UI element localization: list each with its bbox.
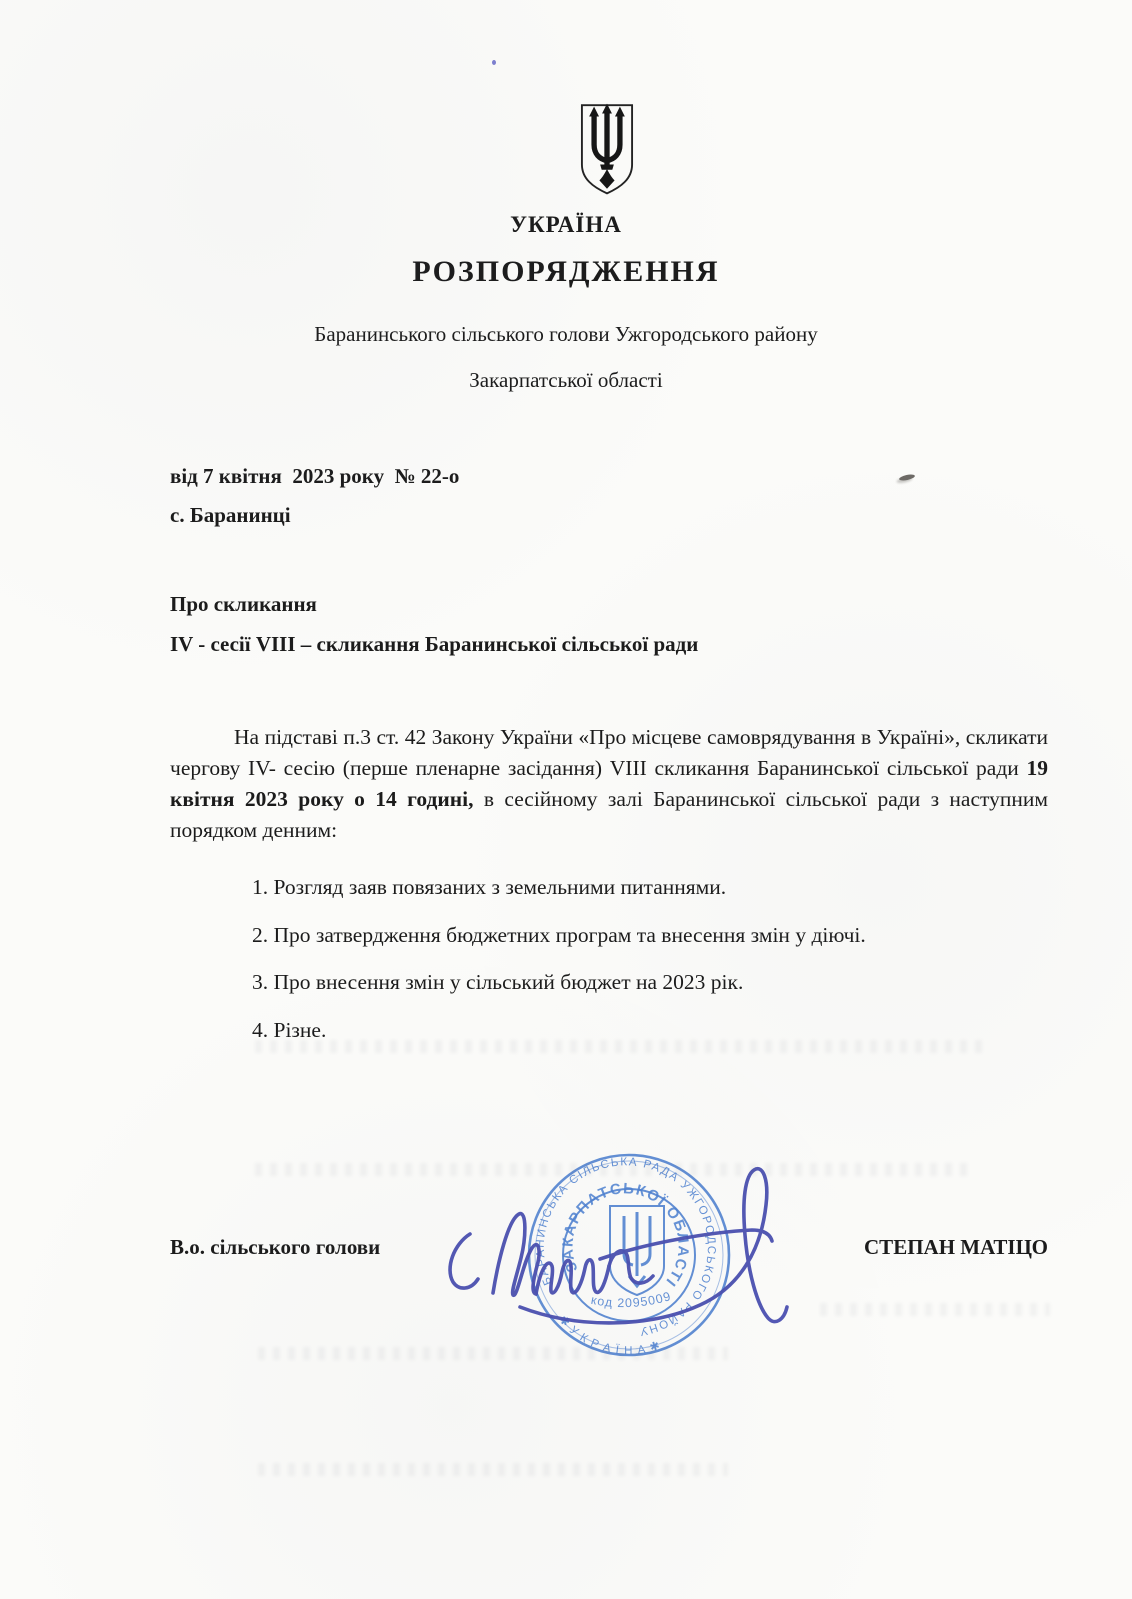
official-round-stamp-and-signature: БАРАНИНСЬКА СІЛЬСЬКА РАДА УЖГОРОДСЬКОГО … bbox=[400, 1125, 820, 1415]
agenda-item: 3. Про внесення змін у сільський бюджет … bbox=[252, 967, 866, 998]
scanned-document-page: УКРАЇНА РОЗПОРЯДЖЕННЯ Баранинського сіль… bbox=[0, 0, 1132, 1599]
agenda-item: 1. Розгляд заяв повязаних з земельними п… bbox=[252, 872, 866, 903]
signer-position-label: В.о. сільського голови bbox=[170, 1235, 380, 1260]
document-type-title: РОЗПОРЯДЖЕННЯ bbox=[0, 255, 1132, 289]
place-line: с. Баранинці bbox=[170, 503, 291, 528]
subject-line-2: ІV - сесії VIII – скликання Баранинської… bbox=[170, 632, 698, 657]
issuer-line-2: Закарпатської області bbox=[0, 368, 1132, 393]
date-and-number-line: від 7 квітня 2023 року № 22-о bbox=[170, 464, 459, 489]
ink-speck-artifact bbox=[492, 60, 496, 65]
agenda-list: 1. Розгляд заяв повязаних з земельними п… bbox=[252, 872, 866, 1062]
paragraph-text: На підставі п.3 ст. 42 Закону України «П… bbox=[170, 725, 1048, 780]
country-title: УКРАЇНА bbox=[0, 212, 1132, 238]
scan-smudge-artifact bbox=[899, 473, 916, 481]
svg-text:ЗАКАРПАТСЬКОЇ ОБЛАСТІ: ЗАКАРПАТСЬКОЇ ОБЛАСТІ bbox=[559, 1180, 691, 1290]
signer-name: СТЕПАН МАТІЦО bbox=[808, 1235, 1048, 1260]
bleed-through-ghost-text bbox=[820, 1303, 1050, 1316]
issuer-line-1: Баранинського сільського голови Ужгородс… bbox=[0, 322, 1132, 347]
agenda-item: 4. Різне. bbox=[252, 1015, 866, 1046]
agenda-item: 2. Про затвердження бюджетних програм та… bbox=[252, 920, 866, 951]
body-paragraph: На підставі п.3 ст. 42 Закону України «П… bbox=[170, 722, 1048, 846]
stamp-inner-arc-text: ЗАКАРПАТСЬКОЇ ОБЛАСТІ bbox=[559, 1180, 691, 1290]
subject-line-1: Про скликання bbox=[170, 592, 317, 617]
ukraine-tryzub-emblem-icon bbox=[569, 100, 645, 200]
bleed-through-ghost-text bbox=[258, 1463, 728, 1476]
